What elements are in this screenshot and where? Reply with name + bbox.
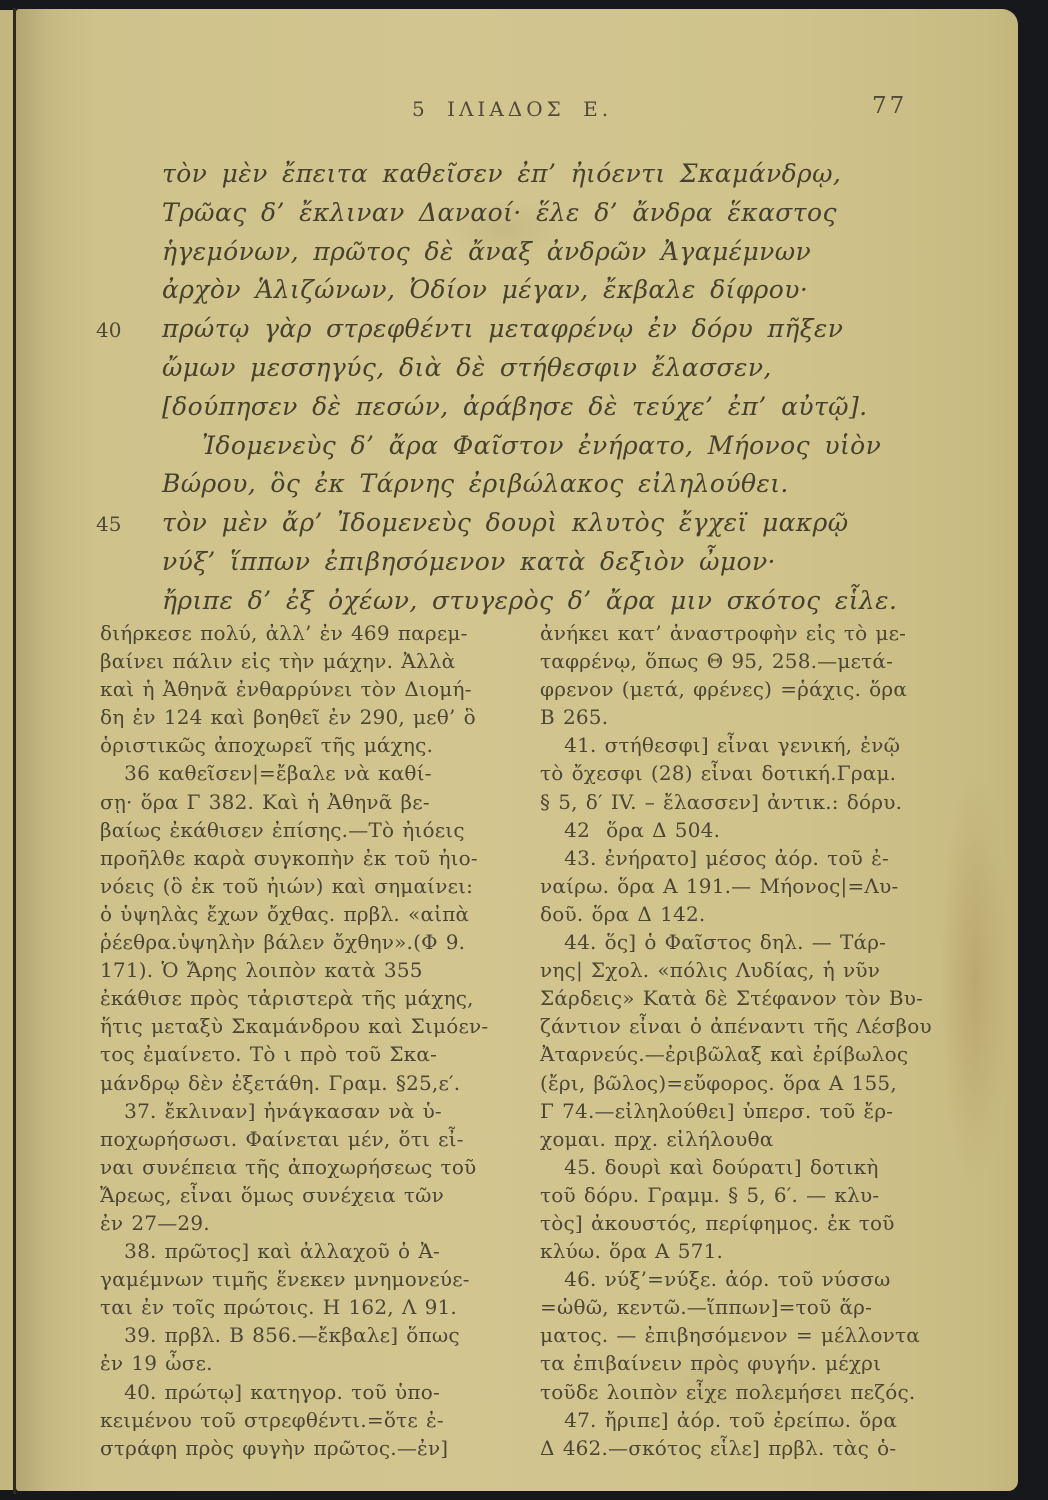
commentary-line: τοῦ δόρυ. Γραμμ. § 5, 6′. — κλυ-: [540, 1183, 960, 1211]
commentary-line: § 5, δ′ IV. – ἔλασσεν] ἀντικ.: δόρυ.: [540, 790, 960, 818]
commentary-line: 41. στήθεσφι] εἶναι γενική, ἐνῷ: [540, 733, 960, 761]
verse-line-number: [96, 275, 162, 279]
commentary-line: ταφρένῳ, ὅπως Θ 95, 258.—μετά-: [540, 649, 960, 677]
commentary-line: =ὠθῶ, κεντῶ.—ἵππων]=τοῦ ἅρ-: [540, 1295, 960, 1323]
running-header: 5 ΙΛΙΑΔΟΣ Ε. 77: [16, 93, 1018, 133]
verse-line-text: [δούπησεν δὲ πεσών, ἀράβησε δὲ τεύχε’ ἐπ…: [162, 392, 867, 421]
commentary-line: 47. ἤριπε] ἀόρ. τοῦ ἐρείπω. ὅρα: [540, 1408, 960, 1436]
verse-line-text: νύξ’ ἵππων ἐπιβησόμενον κατὰ δεξιὸν ὦμον…: [162, 547, 776, 576]
verse-line-number: [96, 237, 162, 241]
book-scan: 5 ΙΛΙΑΔΟΣ Ε. 77 τὸν μὲν ἔπειτα καθεῖσεν …: [0, 0, 1048, 1500]
commentary-line: 46. νύξ’=νύξε. ἀόρ. τοῦ νύσσω: [540, 1267, 960, 1295]
commentary-line: 40. πρώτῳ] κατηγορ. τοῦ ὑπο-: [100, 1380, 520, 1408]
verse-line: Τρῶας δ’ ἔκλιναν Δαναοί· ἕλε δ’ ἄνδρα ἕκ…: [96, 198, 976, 237]
commentary-line: βαίως ἐκάθισεν ἐπίσης.—Τὸ ἠιόεις: [100, 818, 520, 846]
verse-line: τὸν μὲν ἔπειτα καθεῖσεν ἐπ’ ἠιόεντι Σκαμ…: [96, 159, 976, 198]
verse-line: νύξ’ ἵππων ἐπιβησόμενον κατὰ δεξιὸν ὦμον…: [96, 547, 976, 586]
commentary-line: στράφη πρὸς φυγὴν πρῶτος.—ἐν]: [100, 1436, 520, 1464]
commentary-line: ναι συνέπεια τῆς ἀποχωρήσεως τοῦ: [100, 1155, 520, 1183]
commentary-line: Σάρδεις» Κατὰ δὲ Στέφανον τὸν Βυ-: [540, 986, 960, 1014]
verse-line-text: ἤριπε δ’ ἐξ ὀχέων, στυγερὸς δ’ ἄρα μιν σ…: [162, 586, 897, 615]
commentary-line: κλύω. ὅρα Α 571.: [540, 1239, 960, 1267]
commentary-line: ἐν 19 ὦσε.: [100, 1351, 520, 1379]
commentary-line: Β 265.: [540, 705, 960, 733]
commentary-line: δη ἐν 124 καὶ βοηθεῖ ἐν 290, μεθ’ ὃ: [100, 705, 520, 733]
verse-line-number: [96, 159, 162, 163]
commentary-line: ζάντιον εἶναι ὁ ἀπέναντι τῆς Λέσβου: [540, 1014, 960, 1042]
verse-line: ἡγεμόνων, πρῶτος δὲ ἄναξ ἀνδρῶν Ἀγαμέμνω…: [96, 237, 976, 276]
commentary-line: 37. ἔκλιναν] ἠνάγκασαν νὰ ὑ-: [100, 1099, 520, 1127]
commentary-line: (ἔρι, βῶλος)=εὔφορος. ὅρα Α 155,: [540, 1071, 960, 1099]
commentary-line: ναίρω. ὅρα Α 191.— Μήονος|=Λυ-: [540, 874, 960, 902]
verse-line-text: τὸν μὲν ἔπειτα καθεῖσεν ἐπ’ ἠιόεντι Σκαμ…: [162, 159, 841, 188]
commentary-line: βαίνει πάλιν εἰς τὴν μάχην. Ἀλλὰ: [100, 649, 520, 677]
verse-line-text: Βώρου, ὃς ἐκ Τάρνης ἐριβώλακος εἰληλούθε…: [162, 469, 789, 498]
verse-line-text: ὤμων μεσσηγύς, διὰ δὲ στήθεσφιν ἔλασσεν,: [162, 353, 772, 382]
commentary-line: 36 καθεῖσεν|=ἔβαλε νὰ καθί-: [100, 761, 520, 789]
commentary-line: ἀνήκει κατ’ ἀναστροφὴν εἰς τὸ με-: [540, 621, 960, 649]
verse-line-number: [96, 392, 162, 396]
commentary-line: ποχωρήσωσι. Φαίνεται μέν, ὅτι εἶ-: [100, 1127, 520, 1155]
verse-line: [δούπησεν δὲ πεσών, ἀράβησε δὲ τεύχε’ ἐπ…: [96, 392, 976, 431]
verse-line-text: τὸν μὲν ἄρ’ Ἰδομενεὺς δουρὶ κλυτὸς ἔγχεϊ…: [162, 508, 849, 537]
commentary-column-right: ἀνήκει κατ’ ἀναστροφὴν εἰς τὸ με- ταφρέν…: [540, 621, 960, 1464]
verse-block: τὸν μὲν ἔπειτα καθεῖσεν ἐπ’ ἠιόεντι Σκαμ…: [96, 159, 976, 625]
commentary-line: 44. ὅς] ὁ Φαῖστος δηλ. — Τάρ-: [540, 930, 960, 958]
verse-line-number: [96, 586, 162, 590]
verse-line-text: ἡγεμόνων, πρῶτος δὲ ἄναξ ἀνδρῶν Ἀγαμέμνω…: [162, 237, 811, 266]
verse-line-number: [96, 469, 162, 473]
commentary-line: νόεις (ὃ ἐκ τοῦ ἠιών) καὶ σημαίνει:: [100, 874, 520, 902]
commentary-line: νης| Σχολ. «πόλις Λυδίας, ἡ νῦν: [540, 958, 960, 986]
verse-line: 45 τὸν μὲν ἄρ’ Ἰδομενεὺς δουρὶ κλυτὸς ἔγ…: [96, 508, 976, 547]
verse-line: ὤμων μεσσηγύς, διὰ δὲ στήθεσφιν ἔλασσεν,: [96, 353, 976, 392]
commentary-line: Γ 74.—εἰληλούθει] ὑπερσ. τοῦ ἔρ-: [540, 1099, 960, 1127]
commentary-line: τὸς] ἀκουστός, περίφημος. ἐκ τοῦ: [540, 1211, 960, 1239]
commentary-line: τα ἐπιβαίνειν πρὸς φυγήν. μέχρι: [540, 1351, 960, 1379]
commentary-block: διήρκεσε πολύ, ἀλλ’ ἐν 469 παρεμ- βαίνει…: [100, 621, 976, 1464]
running-header-title: 5 ΙΛΙΑΔΟΣ Ε.: [412, 97, 612, 121]
commentary-line: χομαι. πρχ. εἰλήλουθα: [540, 1127, 960, 1155]
commentary-line: φρενον (μετά, φρένες) =ῥάχις. ὅρα: [540, 677, 960, 705]
commentary-line: ἐκάθισε πρὸς τἀριστερὰ τῆς μάχης,: [100, 986, 520, 1014]
verse-line: Βώρου, ὃς ἐκ Τάρνης ἐριβώλακος εἰληλούθε…: [96, 469, 976, 508]
commentary-line: διήρκεσε πολύ, ἀλλ’ ἐν 469 παρεμ-: [100, 621, 520, 649]
commentary-line: 43. ἐνήρατο] μέσος ἀόρ. τοῦ ἐ-: [540, 846, 960, 874]
commentary-line: ἥτις μεταξὺ Σκαμάνδρου καὶ Σιμόεν-: [100, 1014, 520, 1042]
commentary-line: ῥέεθρα.ὑψηλὴν βάλεν ὄχθην».(Φ 9.: [100, 930, 520, 958]
commentary-line: δοῦ. ὅρα Δ 142.: [540, 902, 960, 930]
commentary-line: 38. πρῶτος] καὶ ἀλλαχοῦ ὁ Ἀ-: [100, 1239, 520, 1267]
verse-line-number: [96, 547, 162, 551]
commentary-line: Ἀταρνεύς.—ἐριβῶλαξ καὶ ἐρίβωλος: [540, 1042, 960, 1070]
commentary-line: ματος. — ἐπιβησόμενον = μέλλοντα: [540, 1323, 960, 1351]
verse-line: ἤριπε δ’ ἐξ ὀχέων, στυγερὸς δ’ ἄρα μιν σ…: [96, 586, 976, 625]
verse-line: 40 πρώτῳ γὰρ στρεφθέντι μεταφρένῳ ἐν δόρ…: [96, 314, 976, 353]
page-number: 77: [872, 93, 907, 119]
commentary-line: προῆλθε καρὰ συγκοπὴν ἐκ τοῦ ἠιο-: [100, 846, 520, 874]
commentary-line: μάνδρῳ δὲν ἐξετάθη. Γραμ. §25,ε′.: [100, 1071, 520, 1099]
commentary-line: 45. δουρὶ καὶ δούρατι] δοτικὴ: [540, 1155, 960, 1183]
verse-line-number: 40: [96, 314, 162, 342]
commentary-line: 42 ὅρα Δ 504.: [540, 818, 960, 846]
verse-line-number: [96, 353, 162, 357]
verse-line: ἀρχὸν Ἁλιζώνων, Ὀδίον μέγαν, ἔκβαλε δίφρ…: [96, 275, 976, 314]
adjacent-page-edge: [0, 10, 13, 1490]
commentary-line: τὸ ὄχεσφι (28) εἶναι δοτική.Γραμ.: [540, 761, 960, 789]
commentary-line: τος ἐμαίνετο. Τὸ ι πρὸ τοῦ Σκα-: [100, 1042, 520, 1070]
commentary-line: 39. πρβλ. Β 856.—ἔκβαλε] ὅπως: [100, 1323, 520, 1351]
commentary-line: 171). Ὁ Ἄρης λοιπὸν κατὰ 355: [100, 958, 520, 986]
commentary-line: Δ 462.—σκότος εἷλε] πρβλ. τὰς ὁ-: [540, 1436, 960, 1464]
verse-line-text: Τρῶας δ’ ἔκλιναν Δαναοί· ἕλε δ’ ἄνδρα ἕκ…: [162, 198, 837, 227]
commentary-line: ὁ ὑψηλὰς ἔχων ὄχθας. πρβλ. «αἰπὰ: [100, 902, 520, 930]
verse-line-number: 45: [96, 508, 162, 536]
commentary-line: ται ἐν τοῖς πρώτοις. Η 162, Λ 91.: [100, 1295, 520, 1323]
verse-line: Ἰδομενεὺς δ’ ἄρα Φαῖστον ἐνήρατο, Μήονος…: [96, 431, 976, 470]
commentary-line: κειμένου τοῦ στρεφθέντι.=ὅτε ἐ-: [100, 1408, 520, 1436]
verse-line-number: [96, 198, 162, 202]
commentary-line: τοῦδε λοιπὸν εἶχε πολεμήσει πεζός.: [540, 1380, 960, 1408]
verse-line-number: [96, 431, 162, 435]
commentary-line: σῃ· ὅρα Γ 382. Καὶ ἡ Ἀθηνᾶ βε-: [100, 790, 520, 818]
verse-line-text: ἀρχὸν Ἁλιζώνων, Ὀδίον μέγαν, ἔκβαλε δίφρ…: [162, 275, 808, 304]
book-page: 5 ΙΛΙΑΔΟΣ Ε. 77 τὸν μὲν ἔπειτα καθεῖσεν …: [16, 9, 1018, 1491]
verse-line-text: πρώτῳ γὰρ στρεφθέντι μεταφρένῳ ἐν δόρυ π…: [162, 314, 843, 343]
verse-line-text: Ἰδομενεὺς δ’ ἄρα Φαῖστον ἐνήρατο, Μήονος…: [162, 431, 881, 460]
commentary-line: ἐν 27—29.: [100, 1211, 520, 1239]
commentary-line: ὁριστικῶς ἀποχωρεῖ τῆς μάχης.: [100, 733, 520, 761]
commentary-line: Ἄρεως, εἶναι ὅμως συνέχεια τῶν: [100, 1183, 520, 1211]
commentary-line: καὶ ἡ Ἀθηνᾶ ἐνθαρρύνει τὸν Διομή-: [100, 677, 520, 705]
commentary-column-left: διήρκεσε πολύ, ἀλλ’ ἐν 469 παρεμ- βαίνει…: [100, 621, 520, 1464]
commentary-line: γαμέμνων τιμῆς ἕνεκεν μνημονεύε-: [100, 1267, 520, 1295]
